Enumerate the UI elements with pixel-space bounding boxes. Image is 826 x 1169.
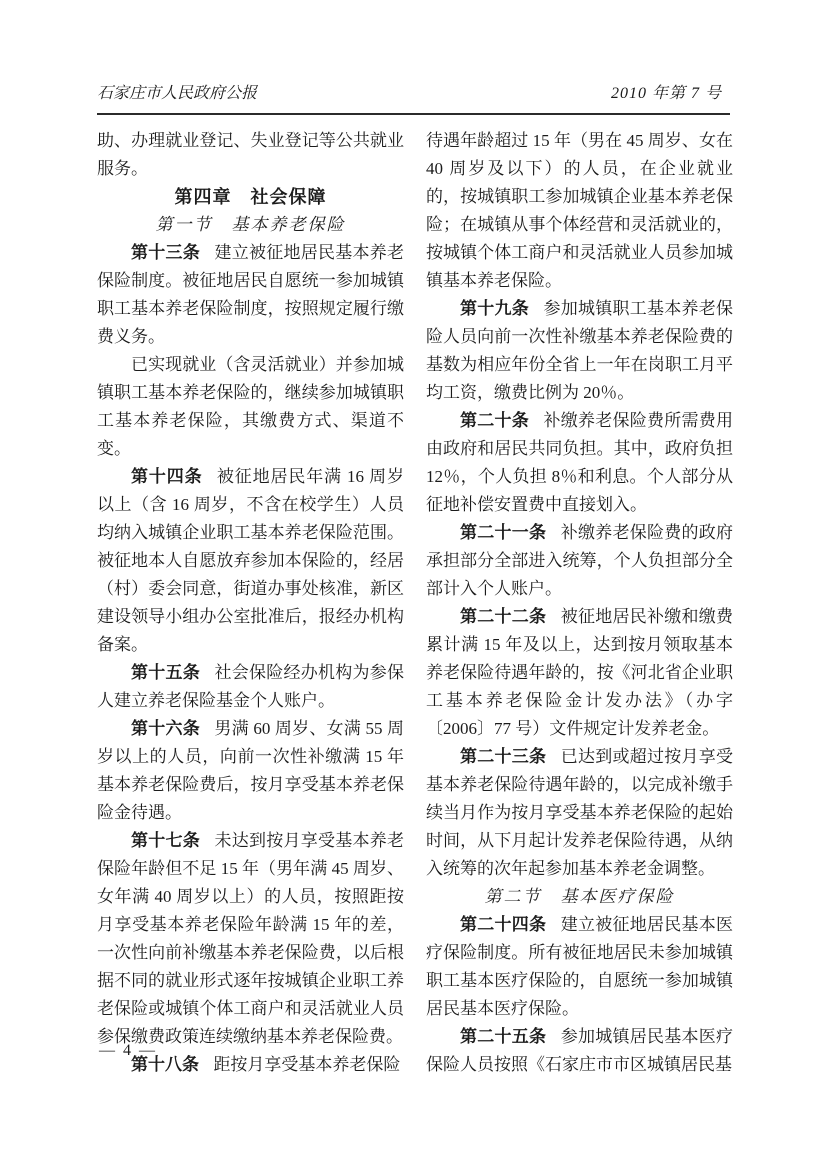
article-number: 第十五条 <box>131 663 214 682</box>
section-heading: 第二节 基本医疗保险 <box>426 883 733 911</box>
article-paragraph: 第十六条男满 60 周岁、女满 55 周岁以上的人员，向前一次性补缴满 15 年… <box>97 715 404 827</box>
article-number: 第二十四条 <box>460 915 561 934</box>
article-paragraph: 第十四条被征地居民年满 16 周岁以上（含 16 周岁，不含在校学生）人员均纳入… <box>97 463 404 659</box>
article-number: 第十六条 <box>131 719 214 738</box>
paragraph-continuation: 待遇年龄超过 15 年（男在 45 周岁、女在 40 周岁及以下）的人员，在企业… <box>426 127 733 295</box>
article-paragraph: 第二十三条已达到或超过按月享受基本养老保险待遇年龄的，以完成补缴手续当月作为按月… <box>426 743 733 883</box>
article-paragraph: 第十三条建立被征地居民基本养老保险制度。被征地居民自愿统一参加城镇职工基本养老保… <box>97 239 404 351</box>
article-number: 第二十二条 <box>460 607 561 626</box>
page-number: — 4 — <box>99 1042 157 1060</box>
issue-number: 2010 年第 7 号 <box>611 84 730 104</box>
article-number: 第二十五条 <box>460 1027 561 1046</box>
article-text: 被征地居民年满 16 周岁以上（含 16 周岁，不含在校学生）人员均纳入城镇企业… <box>97 467 404 654</box>
article-paragraph: 第二十二条被征地居民补缴和缴费累计满 15 年及以上，达到按月领取基本养老保险待… <box>426 603 733 743</box>
article-number: 第十三条 <box>131 243 214 262</box>
section-heading: 第一节 基本养老保险 <box>97 211 404 239</box>
article-paragraph: 第二十条补缴养老保险费所需费用由政府和居民共同负担。其中，政府负担 12％，个人… <box>426 407 733 519</box>
paragraph-continuation: 助、办理就业登记、失业登记等公共就业服务。 <box>97 127 404 183</box>
article-paragraph: 第十五条社会保险经办机构为参保人建立养老保险基金个人账户。 <box>97 659 404 715</box>
article-text: 已达到或超过按月享受基本养老保险待遇年龄的，以完成补缴手续当月作为按月享受基本养… <box>426 747 733 878</box>
article-paragraph: 第二十一条补缴养老保险费的政府承担部分全部进入统筹，个人负担部分全部计入个人账户… <box>426 519 733 603</box>
article-paragraph: 第二十四条建立被征地居民基本医疗保险制度。所有被征地居民未参加城镇职工基本医疗保… <box>426 911 733 1023</box>
article-text: 距按月享受基本养老保险 <box>213 1055 400 1074</box>
document-body: 助、办理就业登记、失业登记等公共就业服务。 第四章 社会保障 第一节 基本养老保… <box>97 127 733 1079</box>
article-number: 第二十三条 <box>460 747 561 766</box>
article-number: 第十九条 <box>460 299 543 318</box>
article-number: 第二十条 <box>460 411 543 430</box>
chapter-heading: 第四章 社会保障 <box>97 183 404 211</box>
right-column: 待遇年龄超过 15 年（男在 45 周岁、女在 40 周岁及以下）的人员，在企业… <box>426 127 733 1079</box>
article-text: 被征地居民补缴和缴费累计满 15 年及以上，达到按月领取基本养老保险待遇年龄的，… <box>426 607 733 738</box>
article-paragraph: 第十七条未达到按月享受基本养老保险年龄但不足 15 年（男年满 45 周岁、女年… <box>97 827 404 1051</box>
gazette-title: 石家庄市人民政府公报 <box>97 84 257 104</box>
gazette-page: 石家庄市人民政府公报 2010 年第 7 号 助、办理就业登记、失业登记等公共就… <box>0 0 826 1169</box>
body-paragraph: 已实现就业（含灵活就业）并参加城镇职工基本养老保险的，继续参加城镇职工基本养老保… <box>97 351 404 463</box>
article-paragraph: 第十九条参加城镇职工基本养老保险人员向前一次性补缴基本养老保险费的基数为相应年份… <box>426 295 733 407</box>
article-text: 未达到按月享受基本养老保险年龄但不足 15 年（男年满 45 周岁、女年满 40… <box>97 831 404 1046</box>
running-header: 石家庄市人民政府公报 2010 年第 7 号 <box>97 84 730 115</box>
article-paragraph: 第二十五条参加城镇居民基本医疗保险人员按照《石家庄市市区城镇居民基 <box>426 1023 733 1079</box>
article-number: 第二十一条 <box>460 523 561 542</box>
article-number: 第十四条 <box>131 467 217 486</box>
article-number: 第十七条 <box>131 831 214 850</box>
left-column: 助、办理就业登记、失业登记等公共就业服务。 第四章 社会保障 第一节 基本养老保… <box>97 127 404 1079</box>
